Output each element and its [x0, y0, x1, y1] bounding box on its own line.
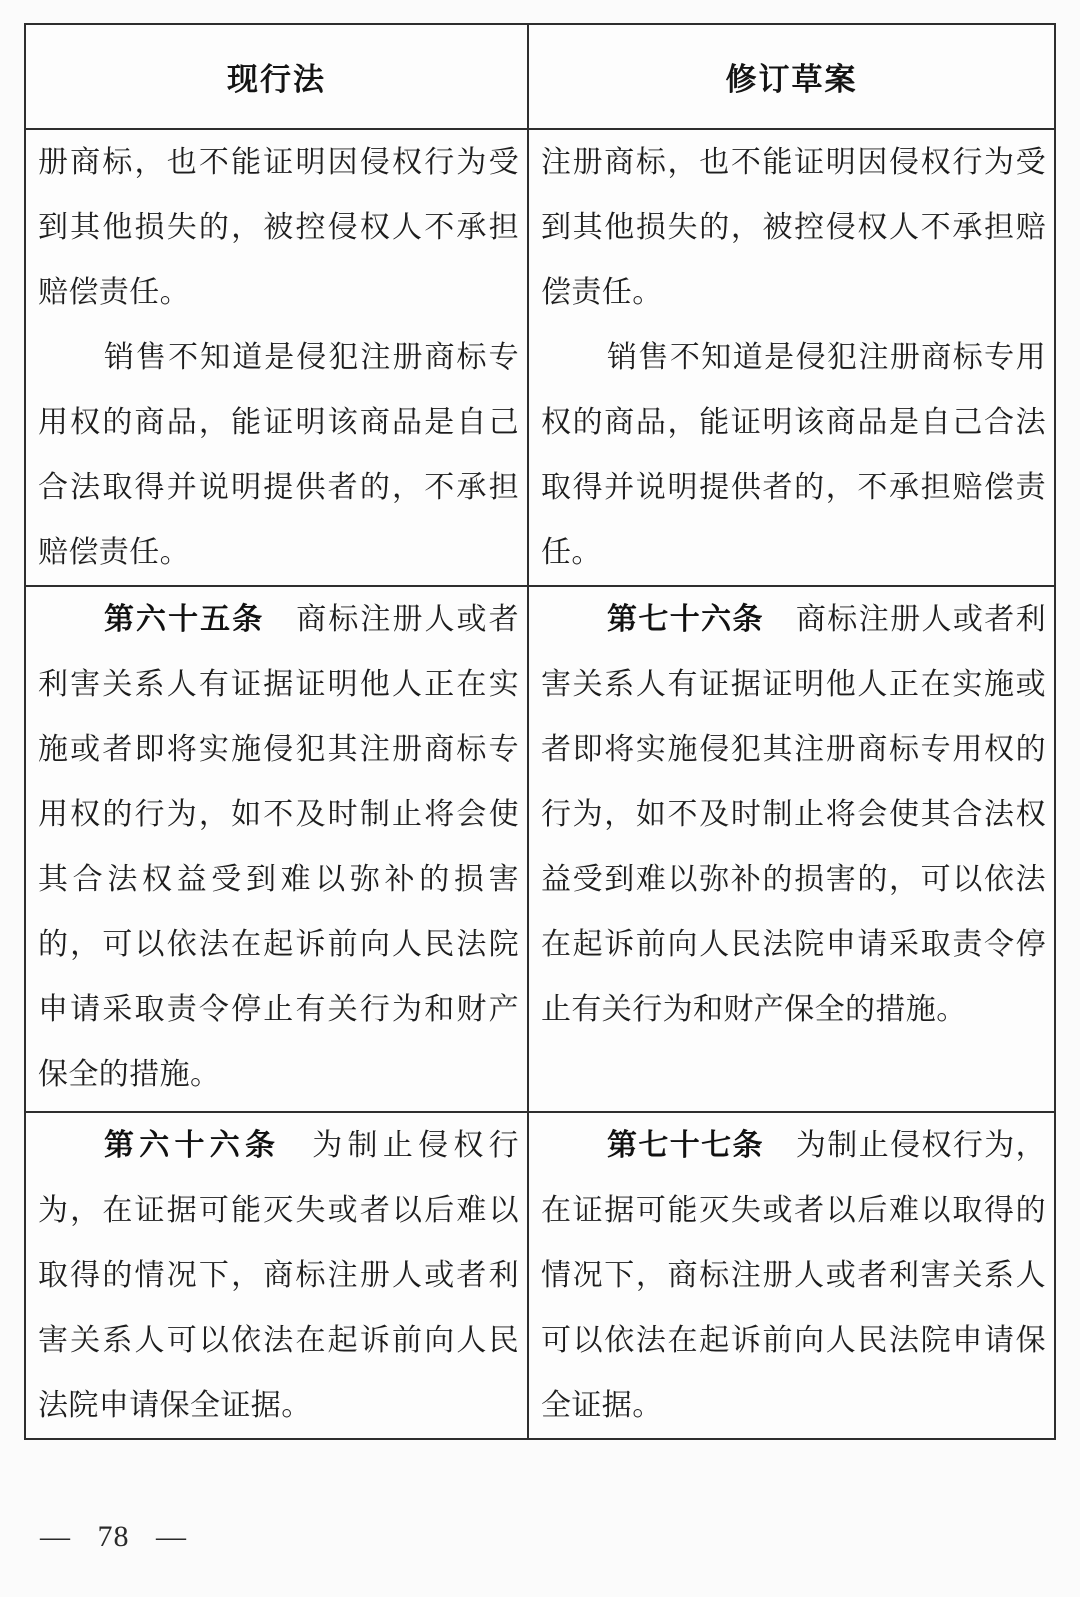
table-cell-current-law: 册商标，也不能证明因侵权行为受到其他损失的，被控侵权人不承担赔偿责任。 销售不知…: [25, 129, 528, 586]
table-cell-revision-draft: 第七十六条商标注册人或者利害关系人有证据证明他人正在实施或者即将实施侵犯其注册商…: [528, 586, 1055, 1112]
table-row: 第六十五条商标注册人或者利害关系人有证据证明他人正在实施或者即将实施侵犯其注册商…: [25, 586, 1055, 1112]
paragraph: 销售不知道是侵犯注册商标专用权的商品，能证明该商品是自己合法取得并说明提供者的，…: [541, 325, 1046, 585]
article-number: 第七十七条: [607, 1129, 764, 1162]
paragraph: 册商标，也不能证明因侵权行为受到其他损失的，被控侵权人不承担赔偿责任。: [38, 130, 519, 325]
table-cell-current-law: 第六十六条为制止侵权行为，在证据可能灭失或者以后难以取得的情况下，商标注册人或者…: [25, 1112, 528, 1439]
law-comparison-table: 现行法 修订草案 册商标，也不能证明因侵权行为受到其他损失的，被控侵权人不承担赔…: [24, 23, 1056, 1440]
paragraph: 第七十六条商标注册人或者利害关系人有证据证明他人正在实施或者即将实施侵犯其注册商…: [541, 587, 1046, 1042]
paragraph: 第七十七条为制止侵权行为，在证据可能灭失或者以后难以取得的情况下，商标注册人或者…: [541, 1113, 1046, 1438]
article-text: 为制止侵权行为，在证据可能灭失或者以后难以取得的情况下，商标注册人或者利害关系人…: [38, 1129, 519, 1422]
table-header-row: 现行法 修订草案: [25, 24, 1055, 129]
table-cell-revision-draft: 注册商标，也不能证明因侵权行为受到其他损失的，被控侵权人不承担赔偿责任。 销售不…: [528, 129, 1055, 586]
article-text: 为制止侵权行为，在证据可能灭失或者以后难以取得的情况下，商标注册人或者利害关系人…: [541, 1129, 1046, 1422]
table-cell-revision-draft: 第七十七条为制止侵权行为，在证据可能灭失或者以后难以取得的情况下，商标注册人或者…: [528, 1112, 1055, 1439]
article-number: 第七十六条: [607, 603, 764, 636]
paragraph: 销售不知道是侵犯注册商标专用权的商品，能证明该商品是自己合法取得并说明提供者的，…: [38, 325, 519, 585]
table-header-current-law: 现行法: [25, 24, 528, 129]
table-row: 第六十六条为制止侵权行为，在证据可能灭失或者以后难以取得的情况下，商标注册人或者…: [25, 1112, 1055, 1439]
paragraph: 第六十五条商标注册人或者利害关系人有证据证明他人正在实施或者即将实施侵犯其注册商…: [38, 587, 519, 1107]
article-number: 第六十五条: [104, 603, 264, 636]
article-text: 商标注册人或者利害关系人有证据证明他人正在实施或者即将实施侵犯其注册商标专用权的…: [38, 603, 519, 1091]
article-text: 商标注册人或者利害关系人有证据证明他人正在实施或者即将实施侵犯其注册商标专用权的…: [541, 603, 1046, 1026]
table-cell-current-law: 第六十五条商标注册人或者利害关系人有证据证明他人正在实施或者即将实施侵犯其注册商…: [25, 586, 528, 1112]
article-number: 第六十六条: [104, 1129, 280, 1162]
table-header-revision-draft: 修订草案: [528, 24, 1055, 129]
paragraph: 第六十六条为制止侵权行为，在证据可能灭失或者以后难以取得的情况下，商标注册人或者…: [38, 1113, 519, 1438]
paragraph: 注册商标，也不能证明因侵权行为受到其他损失的，被控侵权人不承担赔偿责任。: [541, 130, 1046, 325]
page-number: — 78 —: [40, 1520, 187, 1554]
table-row: 册商标，也不能证明因侵权行为受到其他损失的，被控侵权人不承担赔偿责任。 销售不知…: [25, 129, 1055, 586]
